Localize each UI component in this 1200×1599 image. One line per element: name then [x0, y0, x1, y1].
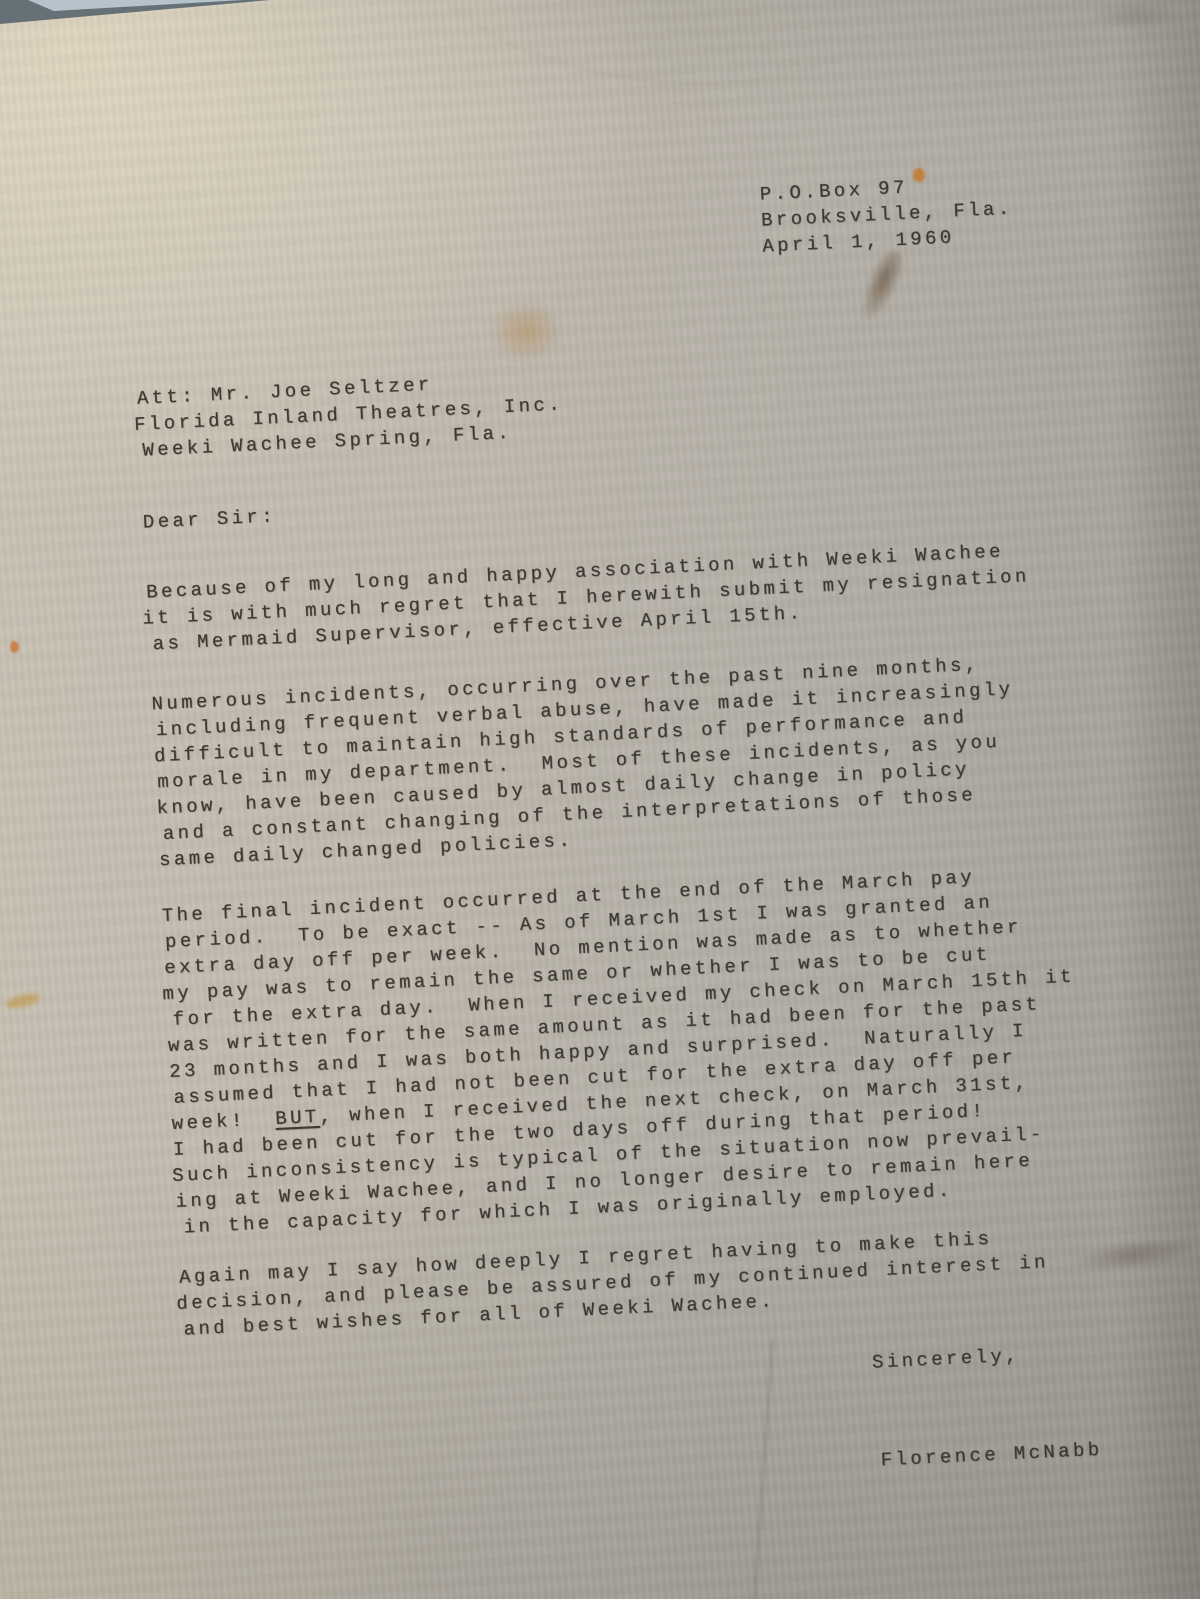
- orange-speck-left: [10, 641, 19, 653]
- smudge-top-right: [1090, 0, 1180, 30]
- yellow-mark-left: [5, 991, 41, 1011]
- underlined-but: BUT: [275, 1106, 320, 1130]
- recipient-address-block: Att: Mr. Joe Seltzer Florida Inland Thea…: [136, 337, 1149, 463]
- paragraph-final-incident: The final incident occurred at the end o…: [161, 855, 1186, 1241]
- but-line-pre: week!: [171, 1108, 276, 1135]
- salutation-text: Dear Sir:: [142, 461, 1152, 535]
- signature: Florence McNabb: [880, 1432, 1199, 1473]
- paper-crease: [420, 0, 900, 105]
- typed-letter: P.O.Box 97 Brooksville, Fla. April 1, 19…: [128, 164, 1199, 1507]
- letter-photo: P.O.Box 97 Brooksville, Fla. April 1, 19…: [0, 0, 1200, 1599]
- closing-text: Sincerely,: [871, 1334, 1194, 1375]
- salutation: Dear Sir:: [142, 461, 1152, 535]
- paragraph-regret: Again may I say how deeply I regret havi…: [179, 1216, 1192, 1342]
- paragraph-incidents: Numerous incidents, occurring over the p…: [151, 643, 1169, 873]
- sender-address-block: P.O.Box 97 Brooksville, Fla. April 1, 19…: [759, 164, 1140, 260]
- closing: Sincerely,: [871, 1334, 1194, 1375]
- paragraph-resignation: Because of my long and happy association…: [146, 531, 1159, 657]
- signature-name: Florence McNabb: [880, 1432, 1199, 1473]
